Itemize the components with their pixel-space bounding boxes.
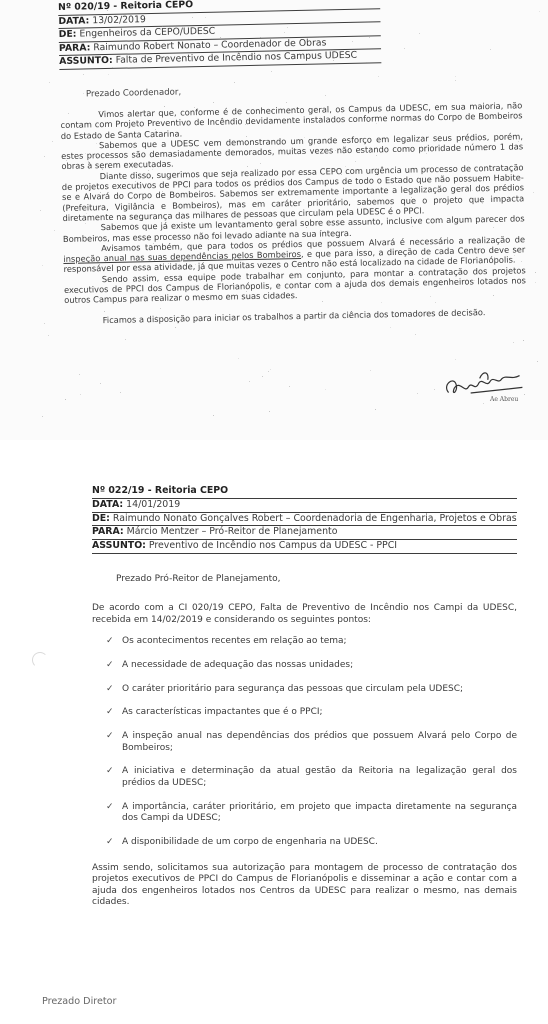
scan-speck bbox=[248, 214, 249, 215]
scan-speck bbox=[182, 5, 183, 6]
scan-speck bbox=[370, 370, 371, 371]
scan-speck bbox=[535, 282, 536, 283]
signature-name: Ae Abreu bbox=[490, 396, 518, 403]
scan-speck bbox=[125, 339, 126, 340]
scan-speck bbox=[434, 389, 435, 390]
scan-speck bbox=[49, 82, 50, 83]
list-item: ✓A inspeção anual nas dependências dos p… bbox=[106, 731, 517, 754]
intro-text: De acordo com a CI 020/19 CEPO, Falta de… bbox=[92, 602, 517, 626]
to-row: PARA: Márcio Mentzer – Pró-Reitor de Pla… bbox=[92, 526, 517, 540]
scan-speck bbox=[520, 221, 521, 222]
list-item: ✓A iniciativa e determinação da atual ge… bbox=[106, 766, 517, 789]
check-icon: ✓ bbox=[106, 802, 114, 814]
memo-020-scan: Nº 020/19 - Reitoria CEPO DATA: 13/02/20… bbox=[0, 0, 548, 440]
list-item-text: A inspeção anual nas dependências dos pr… bbox=[122, 731, 517, 753]
scan-speck bbox=[376, 123, 377, 124]
scan-speck bbox=[112, 67, 113, 68]
date-label: DATA: bbox=[92, 499, 123, 510]
scan-speck bbox=[262, 376, 263, 377]
considerations-list: ✓Os acontecimentos recentes em relação a… bbox=[92, 636, 517, 849]
scan-speck bbox=[44, 156, 45, 157]
scan-speck bbox=[260, 37, 261, 38]
scan-speck bbox=[535, 272, 536, 273]
scan-speck bbox=[238, 358, 239, 359]
greeting: Prezado Coordenador, bbox=[86, 80, 522, 99]
conclusion-text: Assim sendo, solicitamos sua autorização… bbox=[92, 863, 517, 909]
check-icon: ✓ bbox=[106, 766, 114, 778]
scan-speck bbox=[86, 193, 87, 194]
scan-speck bbox=[521, 261, 522, 262]
scan-speck bbox=[417, 393, 418, 394]
list-item-text: A disponibilidade de um corpo de engenha… bbox=[122, 837, 378, 847]
closing-text: Ficamos a disposição para iniciar os tra… bbox=[65, 306, 527, 326]
scan-speck bbox=[513, 342, 514, 343]
scan-speck bbox=[270, 369, 271, 370]
scan-speck bbox=[102, 169, 103, 170]
list-item: ✓A disponibilidade de um corpo de engenh… bbox=[106, 837, 517, 849]
scan-speck bbox=[415, 334, 416, 335]
memo-022-content: Nº 022/19 - Reitoria CEPO DATA: 14/01/20… bbox=[92, 485, 517, 908]
scan-speck bbox=[289, 386, 290, 387]
check-icon: ✓ bbox=[106, 731, 114, 743]
scan-speck bbox=[411, 197, 412, 198]
scan-speck bbox=[42, 416, 43, 417]
scan-speck bbox=[164, 106, 165, 107]
scan-speck bbox=[83, 74, 84, 75]
scan-speck bbox=[195, 264, 196, 265]
memo-number: Nº 022/19 - Reitoria CEPO bbox=[92, 485, 228, 496]
footer-greeting: Prezado Diretor bbox=[42, 996, 116, 1007]
scan-speck bbox=[494, 257, 495, 258]
memo-020-content: Nº 020/19 - Reitoria CEPO DATA: 13/02/20… bbox=[58, 0, 527, 326]
scan-speck bbox=[175, 327, 176, 328]
scan-speck bbox=[482, 203, 483, 204]
scan-speck bbox=[275, 58, 276, 59]
list-item: ✓A necessidade de adequação das nossas u… bbox=[106, 660, 517, 672]
scan-speck bbox=[135, 181, 136, 182]
scan-speck bbox=[523, 340, 524, 341]
list-item: ✓O caráter prioritário para segurança da… bbox=[106, 684, 517, 696]
scan-speck bbox=[80, 394, 81, 395]
from-label: DE: bbox=[92, 513, 110, 524]
scan-speck bbox=[483, 403, 484, 404]
scan-speck bbox=[79, 374, 80, 375]
scan-speck bbox=[249, 381, 250, 382]
scan-speck bbox=[409, 117, 410, 118]
list-item: ✓Os acontecimentos recentes em relação a… bbox=[106, 636, 517, 648]
subject-label: ASSUNTO: bbox=[92, 540, 146, 551]
from-label: DE: bbox=[59, 29, 77, 40]
scan-speck bbox=[390, 327, 391, 328]
scan-speck bbox=[325, 389, 326, 390]
memo-022: Nº 022/19 - Reitoria CEPO DATA: 14/01/20… bbox=[0, 485, 548, 925]
scan-speck bbox=[261, 43, 262, 44]
subject-value: Preventivo de Incêndio nos Campus da UDE… bbox=[149, 540, 397, 551]
scan-speck bbox=[381, 302, 382, 303]
check-icon: ✓ bbox=[106, 636, 114, 648]
scan-speck bbox=[270, 222, 271, 223]
scan-speck bbox=[287, 27, 288, 28]
scan-speck bbox=[85, 153, 86, 154]
greeting: Prezado Pró-Reitor de Planejamento, bbox=[116, 574, 517, 584]
scan-speck bbox=[42, 265, 43, 266]
memo-number: Nº 020/19 - Reitoria CEPO bbox=[58, 0, 193, 13]
scan-speck bbox=[375, 409, 376, 410]
from-row: DE: Raimundo Nonato Gonçalves Robert – C… bbox=[92, 513, 517, 527]
scan-speck bbox=[286, 102, 287, 103]
date-value: 14/01/2019 bbox=[126, 499, 180, 510]
memo-number-row: Nº 022/19 - Reitoria CEPO bbox=[92, 485, 517, 499]
check-icon: ✓ bbox=[106, 684, 114, 696]
scan-artifact-mark bbox=[32, 652, 48, 668]
date-row: DATA: 14/01/2019 bbox=[92, 499, 517, 513]
subject-label: ASSUNTO: bbox=[59, 55, 113, 67]
list-item-text: O caráter prioritário para segurança das… bbox=[122, 684, 463, 694]
from-value: Raimundo Nonato Gonçalves Robert – Coord… bbox=[113, 513, 517, 524]
scan-speck bbox=[95, 206, 96, 207]
list-item: ✓A importância, caráter prioritário, em … bbox=[106, 802, 517, 825]
list-item-text: A necessidade de adequação das nossas un… bbox=[122, 660, 353, 670]
scan-speck bbox=[52, 141, 53, 142]
from-value: Engenheiros da CEPO/UDESC bbox=[79, 26, 215, 40]
scan-speck bbox=[493, 227, 494, 228]
scan-speck bbox=[40, 210, 41, 211]
scan-speck bbox=[533, 192, 534, 193]
scan-speck bbox=[100, 383, 101, 384]
scan-speck bbox=[152, 169, 153, 170]
scan-speck bbox=[104, 311, 105, 312]
list-item: ✓As características impactantes que é o … bbox=[106, 707, 517, 719]
scan-speck bbox=[81, 14, 82, 15]
scan-speck bbox=[268, 371, 269, 372]
scan-speck bbox=[66, 160, 67, 161]
check-icon: ✓ bbox=[106, 837, 114, 849]
list-item-text: A iniciativa e determinação da atual ges… bbox=[122, 766, 517, 788]
scan-speck bbox=[208, 239, 209, 240]
date-value: 13/02/2019 bbox=[92, 14, 146, 26]
scan-speck bbox=[111, 164, 112, 165]
scan-speck bbox=[213, 415, 214, 416]
list-item-text: As características impactantes que é o P… bbox=[122, 707, 323, 717]
list-item-text: Os acontecimentos recentes em relação ao… bbox=[122, 636, 347, 646]
to-value: Márcio Mentzer – Pró-Reitor de Planejame… bbox=[127, 526, 338, 537]
date-label: DATA: bbox=[58, 15, 89, 27]
scan-speck bbox=[455, 359, 456, 360]
scan-speck bbox=[44, 323, 45, 324]
scan-speck bbox=[484, 150, 485, 151]
scan-speck bbox=[539, 11, 540, 12]
scan-speck bbox=[120, 392, 121, 393]
list-item-text: A importância, caráter prioritário, em p… bbox=[122, 802, 517, 824]
scan-speck bbox=[419, 33, 420, 34]
to-label: PARA: bbox=[92, 526, 124, 537]
subject-row: ASSUNTO: Preventivo de Incêndio nos Camp… bbox=[92, 540, 517, 554]
to-label: PARA: bbox=[59, 42, 91, 54]
scan-speck bbox=[48, 335, 49, 336]
memo-body: Vimos alertar que, conforme é de conheci… bbox=[60, 100, 526, 305]
scan-speck bbox=[65, 399, 66, 400]
scan-speck bbox=[414, 274, 415, 275]
scan-speck bbox=[537, 361, 538, 362]
scan-speck bbox=[54, 230, 55, 231]
check-icon: ✓ bbox=[106, 660, 114, 672]
scan-speck bbox=[269, 411, 270, 412]
scan-speck bbox=[314, 144, 315, 145]
check-icon: ✓ bbox=[106, 707, 114, 719]
